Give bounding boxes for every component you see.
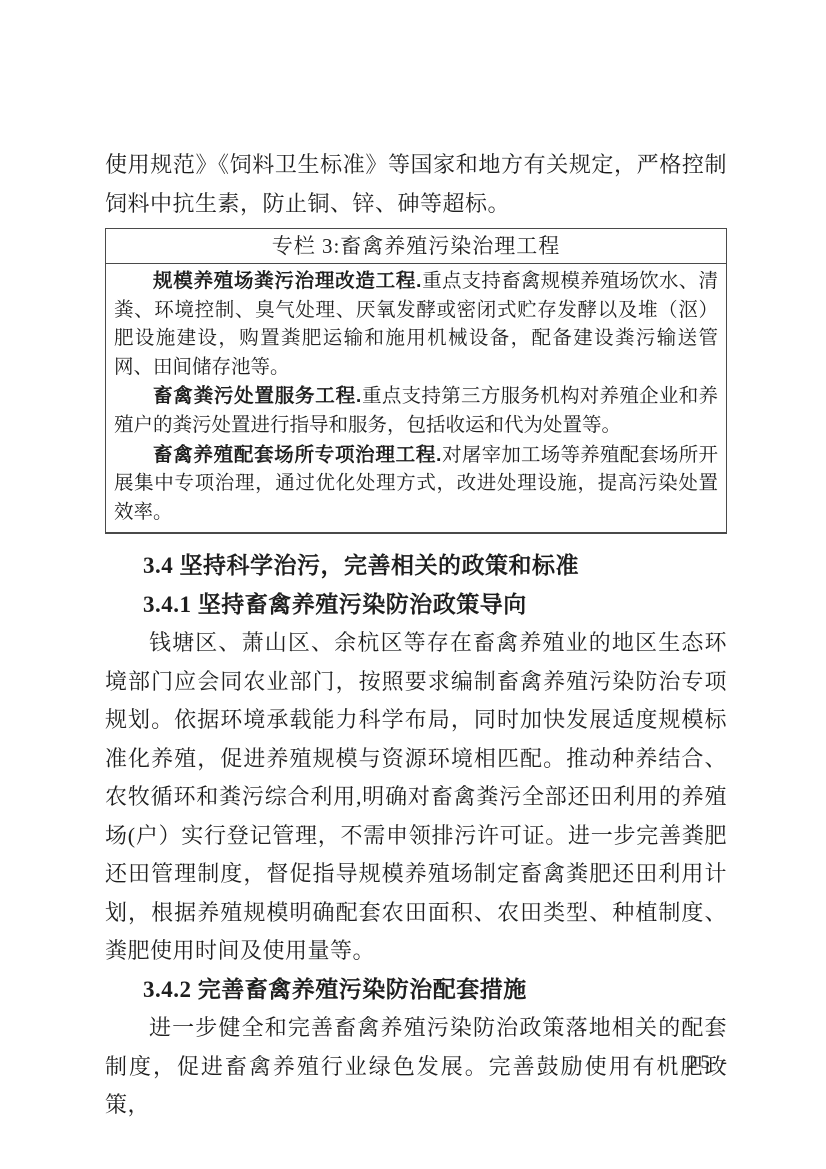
section-heading-3-4: 3.4 坚持科学治污，完善相关的政策和标准 — [105, 547, 727, 586]
panel-box: 专栏 3:畜禽养殖污染治理工程 规模养殖场粪污治理改造工程.重点支持畜禽规模养殖… — [105, 228, 727, 534]
panel-item-lead: 畜禽养殖配套场所专项治理工程. — [153, 444, 442, 466]
intro-paragraph: 使用规范》《饲料卫生标准》等国家和地方有关规定，严格控制饲料中抗生素，防止铜、锌… — [105, 146, 727, 223]
section-3-4-2-paragraph: 进一步健全和完善畜禽养殖污染防治政策落地相关的配套制度，促进畜禽养殖行业绿色发展… — [105, 1009, 727, 1125]
panel-item: 畜禽粪污处置服务工程.重点支持第三方服务机构对养殖企业和养殖户的粪污处置进行指导… — [114, 382, 718, 440]
panel-title: 专栏 3:畜禽养殖污染治理工程 — [106, 229, 726, 264]
page-number: - 25 - — [671, 1052, 730, 1074]
document-page: 使用规范》《饲料卫生标准》等国家和地方有关规定，严格控制饲料中抗生素，防止铜、锌… — [0, 0, 826, 1169]
section-heading-3-4-1: 3.4.1 坚持畜禽养殖污染防治政策导向 — [105, 586, 727, 625]
panel-body: 规模养殖场粪污治理改造工程.重点支持畜禽规模养殖场饮水、清粪、环境控制、臭气处理… — [106, 264, 726, 532]
text-column: 使用规范》《饲料卫生标准》等国家和地方有关规定，严格控制饲料中抗生素，防止铜、锌… — [105, 146, 727, 1125]
panel-item-lead: 规模养殖场粪污治理改造工程. — [153, 270, 422, 292]
section-3-4-1-paragraph: 钱塘区、萧山区、余杭区等存在畜禽养殖业的地区生态环境部门应会同农业部门，按照要求… — [105, 624, 727, 971]
panel-item-lead: 畜禽粪污处置服务工程. — [153, 385, 362, 407]
panel-item: 规模养殖场粪污治理改造工程.重点支持畜禽规模养殖场饮水、清粪、环境控制、臭气处理… — [114, 267, 718, 382]
panel-item: 畜禽养殖配套场所专项治理工程.对屠宰加工场等养殖配套场所开展集中专项治理，通过优… — [114, 441, 718, 528]
section-heading-3-4-2: 3.4.2 完善畜禽养殖污染防治配套措施 — [105, 971, 727, 1010]
